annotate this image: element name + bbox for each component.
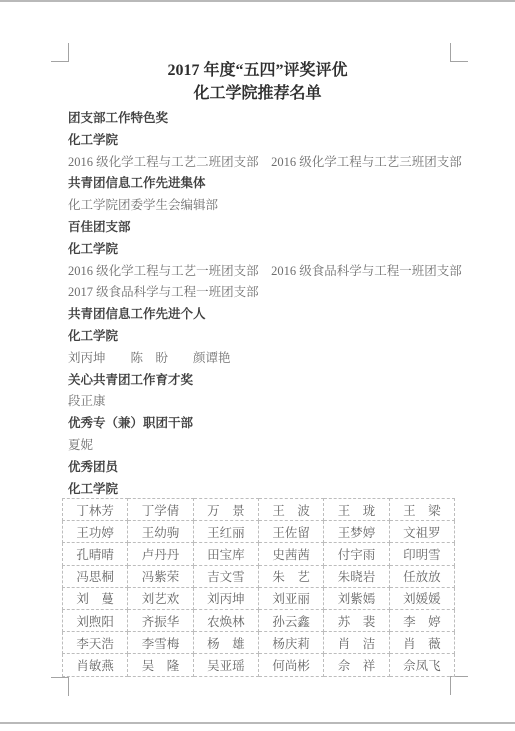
table-cell: 印明雪 [389, 543, 454, 565]
table-cell: 佘凤飞 [389, 654, 454, 676]
table-cell: 吴亚瑶 [193, 654, 258, 676]
table-cell: 朱晓岩 [324, 565, 389, 587]
table-cell: 杨庆莉 [258, 632, 323, 654]
awardees-table: 丁林芳丁学倩万 景王 波王 珑王 梁王功婷王幼驹王红丽王佐留王梦婷文祖罗孔晴晴卢… [62, 498, 455, 677]
table-row: 肖敏燕吴 隆吴亚瑶何尚彬佘 祥佘凤飞 [63, 654, 455, 676]
table-cell: 刘煦阳 [63, 609, 128, 631]
section-heading: 优秀团员 [68, 457, 452, 479]
document-title-line1: 2017 年度“五四”评奖评优 [0, 59, 515, 82]
body-line: 2016 级化学工程与工艺一班团支部 2016 级食品科学与工程一班团支部 [68, 261, 452, 283]
table-cell: 任放放 [389, 565, 454, 587]
table-cell: 农焕林 [193, 609, 258, 631]
table-cell: 朱 艺 [258, 565, 323, 587]
section-heading: 团支部工作特色奖 [68, 108, 452, 130]
table-cell: 刘紫嫣 [324, 587, 389, 609]
table-cell: 孔晴晴 [63, 543, 128, 565]
document-body: 团支部工作特色奖 化工学院 2016 级化学工程与工艺二班团支部 2016 级化… [68, 108, 452, 500]
table-cell: 王红丽 [193, 521, 258, 543]
table-cell: 刘 蔓 [63, 587, 128, 609]
section-heading: 化工学院 [68, 239, 452, 261]
table-cell: 肖 薇 [389, 632, 454, 654]
table-cell: 王佐留 [258, 521, 323, 543]
section-heading: 化工学院 [68, 326, 452, 348]
document-title: 2017 年度“五四”评奖评优 化工学院推荐名单 [0, 59, 515, 105]
table-cell: 刘艺欢 [128, 587, 193, 609]
table-cell: 万 景 [193, 499, 258, 521]
page-top-edge [0, 0, 515, 2]
body-line: 化工学院团委学生会编辑部 [68, 195, 452, 217]
body-line: 段正康 [68, 391, 452, 413]
table-cell: 卢丹丹 [128, 543, 193, 565]
table-row: 冯思桐冯紫荣吉文雪朱 艺朱晓岩任放放 [63, 565, 455, 587]
section-heading: 共青团信息工作先进集体 [68, 173, 452, 195]
table-cell: 王功婷 [63, 521, 128, 543]
section-heading: 百佳团支部 [68, 217, 452, 239]
table-cell: 苏 裴 [324, 609, 389, 631]
table-cell: 吴 隆 [128, 654, 193, 676]
crop-mark-bottom-left [51, 677, 69, 696]
table-row: 刘煦阳齐振华农焕林孙云鑫苏 裴李 婷 [63, 609, 455, 631]
table-cell: 刘媛媛 [389, 587, 454, 609]
table-row: 王功婷王幼驹王红丽王佐留王梦婷文祖罗 [63, 521, 455, 543]
table-cell: 肖 洁 [324, 632, 389, 654]
table-cell: 王 波 [258, 499, 323, 521]
table-cell: 肖敏燕 [63, 654, 128, 676]
table-row: 丁林芳丁学倩万 景王 波王 珑王 梁 [63, 499, 455, 521]
table-cell: 王梦婷 [324, 521, 389, 543]
section-heading: 优秀专（兼）职团干部 [68, 413, 452, 435]
table-cell: 付宇雨 [324, 543, 389, 565]
table-cell: 冯思桐 [63, 565, 128, 587]
body-line: 2017 级食品科学与工程一班团支部 [68, 282, 452, 304]
body-line: 刘丙坤 陈 盼 颜谭艳 [68, 348, 452, 370]
table-cell: 丁林芳 [63, 499, 128, 521]
section-heading: 化工学院 [68, 130, 452, 152]
table-cell: 李 婷 [389, 609, 454, 631]
table-cell: 吉文雪 [193, 565, 258, 587]
table-cell: 孙云鑫 [258, 609, 323, 631]
body-line: 夏妮 [68, 435, 452, 457]
table-cell: 何尚彬 [258, 654, 323, 676]
table-cell: 丁学倩 [128, 499, 193, 521]
table-cell: 刘亚丽 [258, 587, 323, 609]
table-cell: 王 珑 [324, 499, 389, 521]
table-row: 刘 蔓刘艺欢刘丙坤刘亚丽刘紫嫣刘媛媛 [63, 587, 455, 609]
table-cell: 冯紫荣 [128, 565, 193, 587]
document-title-line2: 化工学院推荐名单 [0, 82, 515, 105]
table-row: 孔晴晴卢丹丹田宝库史茜茜付宇雨印明雪 [63, 543, 455, 565]
table-row: 李天浩李雪梅杨 雄杨庆莉肖 洁肖 薇 [63, 632, 455, 654]
table-cell: 文祖罗 [389, 521, 454, 543]
table-cell: 李雪梅 [128, 632, 193, 654]
table-cell: 王 梁 [389, 499, 454, 521]
table-cell: 刘丙坤 [193, 587, 258, 609]
table-cell: 王幼驹 [128, 521, 193, 543]
table-cell: 李天浩 [63, 632, 128, 654]
awardees-table-body: 丁林芳丁学倩万 景王 波王 珑王 梁王功婷王幼驹王红丽王佐留王梦婷文祖罗孔晴晴卢… [63, 499, 455, 677]
table-cell: 佘 祥 [324, 654, 389, 676]
section-heading: 共青团信息工作先进个人 [68, 304, 452, 326]
page-bottom-edge [0, 722, 515, 724]
table-cell: 史茜茜 [258, 543, 323, 565]
table-cell: 齐振华 [128, 609, 193, 631]
table-cell: 杨 雄 [193, 632, 258, 654]
crop-mark-bottom-right [450, 676, 468, 695]
table-cell: 田宝库 [193, 543, 258, 565]
section-heading: 关心共青团工作育才奖 [68, 370, 452, 392]
body-line: 2016 级化学工程与工艺二班团支部 2016 级化学工程与工艺三班团支部 [68, 152, 452, 174]
